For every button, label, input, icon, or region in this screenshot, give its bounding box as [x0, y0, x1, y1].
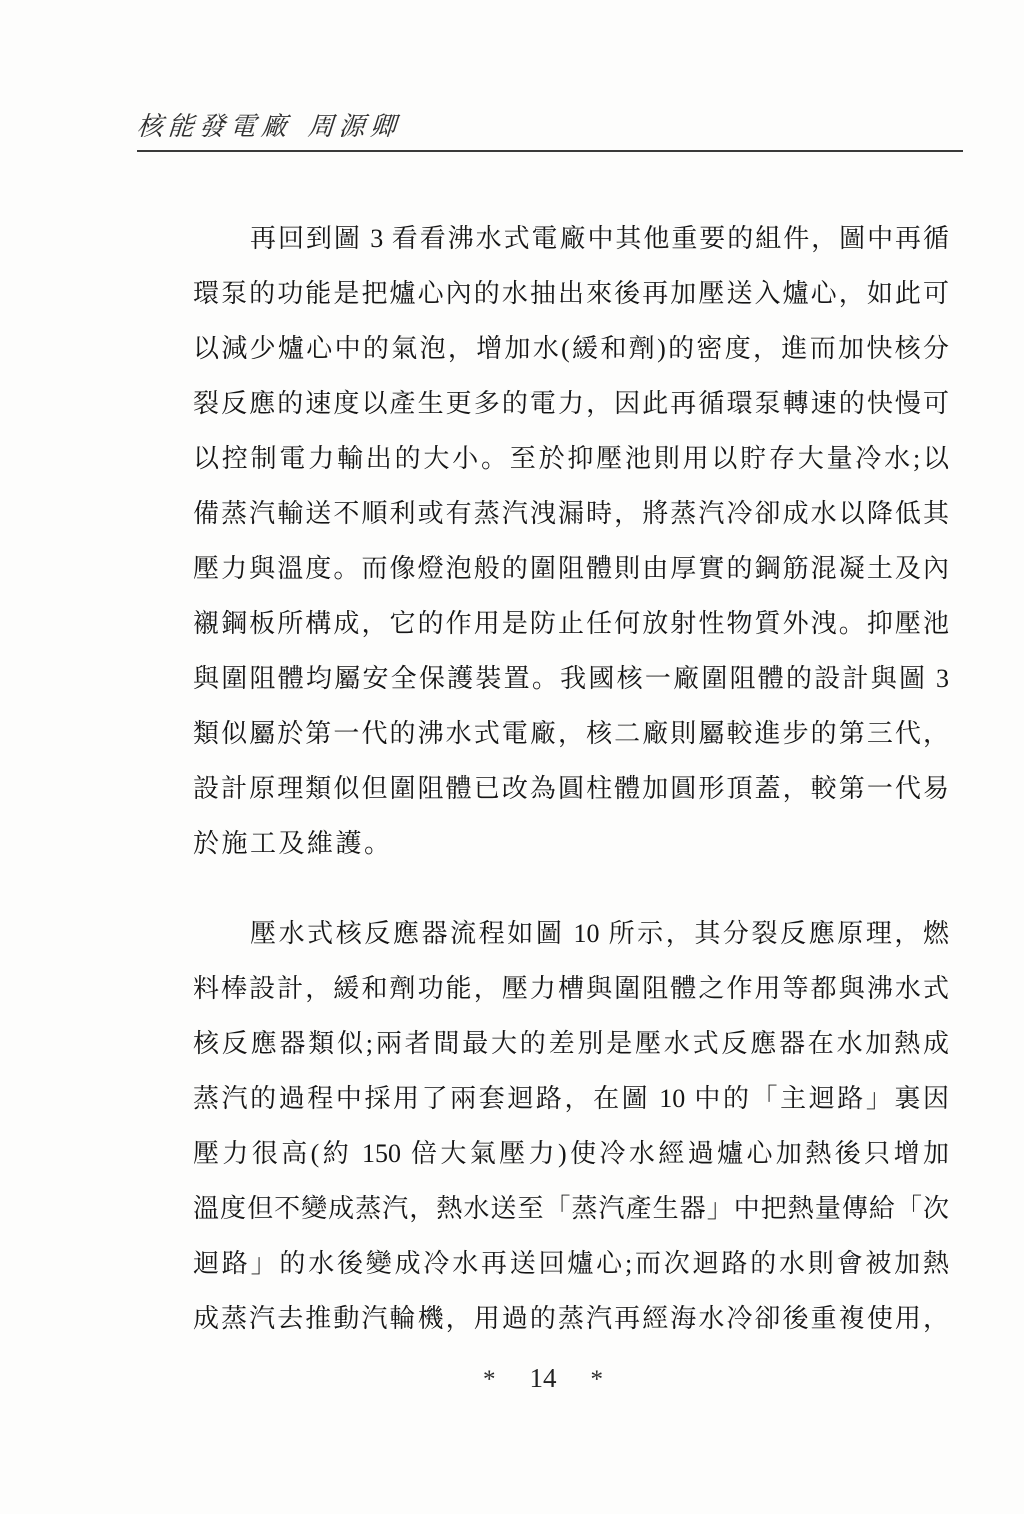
text-line: 類似屬於第一代的沸水式電廠，核二廠則屬較進步的第三代，	[193, 706, 949, 761]
text-line: 襯鋼板所構成，它的作用是防止任何放射性物質外洩。抑壓池	[193, 596, 949, 651]
text-line: 再回到圖 3 看看沸水式電廠中其他重要的組件，圖中再循	[193, 211, 949, 266]
page-body: 再回到圖 3 看看沸水式電廠中其他重要的組件，圖中再循 環泵的功能是把爐心內的水…	[193, 211, 949, 1346]
text-line: 料棒設計，緩和劑功能，壓力槽與圍阻體之作用等都與沸水式	[193, 961, 949, 1016]
text-line: 以控制電力輸出的大小。至於抑壓池則用以貯存大量冷水;以	[193, 431, 949, 486]
text-line: 備蒸汽輸送不順利或有蒸汽洩漏時，將蒸汽冷卻成水以降低其	[193, 486, 949, 541]
footer-star-left: *	[483, 1366, 496, 1393]
footer-star-right: *	[591, 1366, 604, 1393]
text-line: 成蒸汽去推動汽輪機，用過的蒸汽再經海水冷卻後重複使用，	[193, 1291, 949, 1346]
header-handwritten-text: 核能發電廠周源卿	[136, 106, 403, 143]
page-footer: *14*	[193, 1363, 893, 1394]
text-line: 裂反應的速度以產生更多的電力，因此再循環泵轉速的快慢可	[193, 376, 949, 431]
text-line: 設計原理類似但圍阻體已改為圓柱體加圓形頂蓋，較第一代易	[193, 761, 949, 816]
text-line: 壓力很高(約 150 倍大氣壓力)使冷水經過爐心加熱後只增加	[193, 1126, 949, 1181]
text-line: 迴路」的水後變成冷水再送回爐心;而次迴路的水則會被加熱	[193, 1236, 949, 1291]
document-page: 核能發電廠周源卿 再回到圖 3 看看沸水式電廠中其他重要的組件，圖中再循 環泵的…	[0, 0, 1024, 1514]
author-name: 周源卿	[307, 112, 402, 141]
text-line: 以減少爐心中的氣泡，增加水(緩和劑)的密度，進而加快核分	[193, 321, 949, 376]
book-title: 核能發電廠	[136, 112, 293, 141]
text-line: 壓力與溫度。而像燈泡般的圍阻體則由厚實的鋼筋混凝土及內	[193, 541, 949, 596]
text-line: 與圍阻體均屬安全保護裝置。我國核一廠圍阻體的設計與圖 3	[193, 651, 949, 706]
text-line: 溫度但不變成蒸汽，熱水送至「蒸汽產生器」中把熱量傳給「次	[193, 1181, 949, 1236]
page-number: 14	[530, 1363, 557, 1394]
text-line: 於施工及維護。	[193, 816, 949, 871]
paragraph-bwr-components: 再回到圖 3 看看沸水式電廠中其他重要的組件，圖中再循 環泵的功能是把爐心內的水…	[193, 211, 949, 871]
paragraph-pwr-process: 壓水式核反應器流程如圖 10 所示，其分裂反應原理，燃 料棒設計，緩和劑功能，壓…	[193, 906, 949, 1346]
text-line: 蒸汽的過程中採用了兩套迴路，在圖 10 中的「主迴路」裏因	[193, 1071, 949, 1126]
text-line: 壓水式核反應器流程如圖 10 所示，其分裂反應原理，燃	[193, 906, 949, 961]
text-line: 核反應器類似;兩者間最大的差別是壓水式反應器在水加熱成	[193, 1016, 949, 1071]
page-header: 核能發電廠周源卿	[137, 106, 963, 152]
text-line: 環泵的功能是把爐心內的水抽出來後再加壓送入爐心，如此可	[193, 266, 949, 321]
